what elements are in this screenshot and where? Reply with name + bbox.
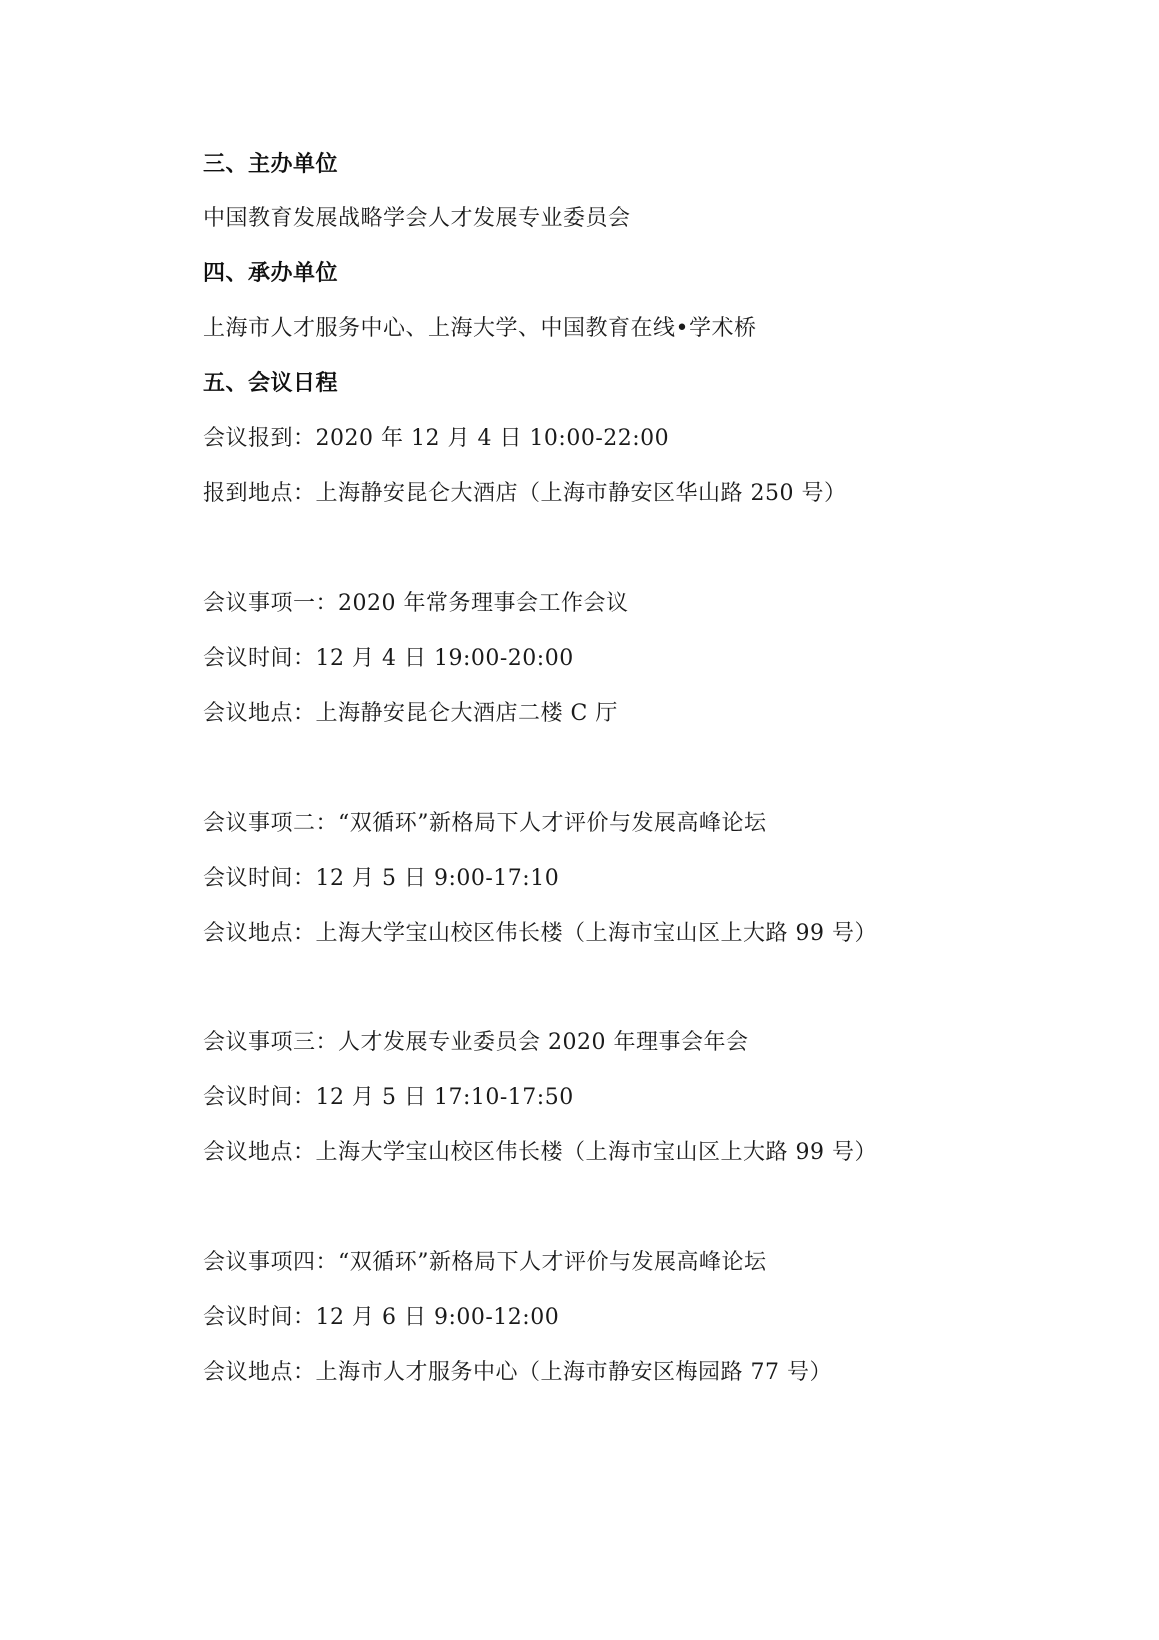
- agenda-item-2-time: 会议时间：12 月 5 日 9:00-17:10: [203, 864, 559, 894]
- agenda-item-4-location: 会议地点：上海市人才服务中心（上海市静安区梅园路 77 号）: [203, 1358, 832, 1388]
- agenda-item-2-location: 会议地点：上海大学宝山校区伟长楼（上海市宝山区上大路 99 号）: [203, 919, 877, 949]
- section-heading-host: 四、承办单位: [203, 259, 338, 289]
- agenda-item-3-location: 会议地点：上海大学宝山校区伟长楼（上海市宝山区上大路 99 号）: [203, 1138, 877, 1168]
- agenda-item-4-time: 会议时间：12 月 6 日 9:00-12:00: [203, 1303, 559, 1333]
- agenda-item-2-title: 会议事项二：“双循环”新格局下人才评价与发展高峰论坛: [203, 809, 767, 839]
- agenda-item-1-time: 会议时间：12 月 4 日 19:00-20:00: [203, 644, 574, 674]
- organizer-text: 中国教育发展战略学会人才发展专业委员会: [203, 204, 631, 234]
- agenda-item-3-time: 会议时间：12 月 5 日 17:10-17:50: [203, 1083, 574, 1113]
- agenda-item-3-title: 会议事项三：人才发展专业委员会 2020 年理事会年会: [203, 1028, 748, 1058]
- section-heading-schedule: 五、会议日程: [203, 369, 338, 399]
- agenda-item-4-title: 会议事项四：“双循环”新格局下人才评价与发展高峰论坛: [203, 1248, 767, 1278]
- registration-time: 会议报到：2020 年 12 月 4 日 10:00-22:00: [203, 424, 669, 454]
- document-page: 三、主办单位 中国教育发展战略学会人才发展专业委员会 四、承办单位 上海市人才服…: [0, 0, 1159, 1640]
- agenda-item-1-location: 会议地点：上海静安昆仑大酒店二楼 C 厅: [203, 699, 618, 729]
- host-text: 上海市人才服务中心、上海大学、中国教育在线•学术桥: [203, 314, 756, 344]
- agenda-item-1-title: 会议事项一：2020 年常务理事会工作会议: [203, 589, 628, 619]
- section-heading-organizer: 三、主办单位: [203, 150, 338, 180]
- registration-location: 报到地点：上海静安昆仑大酒店（上海市静安区华山路 250 号）: [203, 479, 846, 509]
